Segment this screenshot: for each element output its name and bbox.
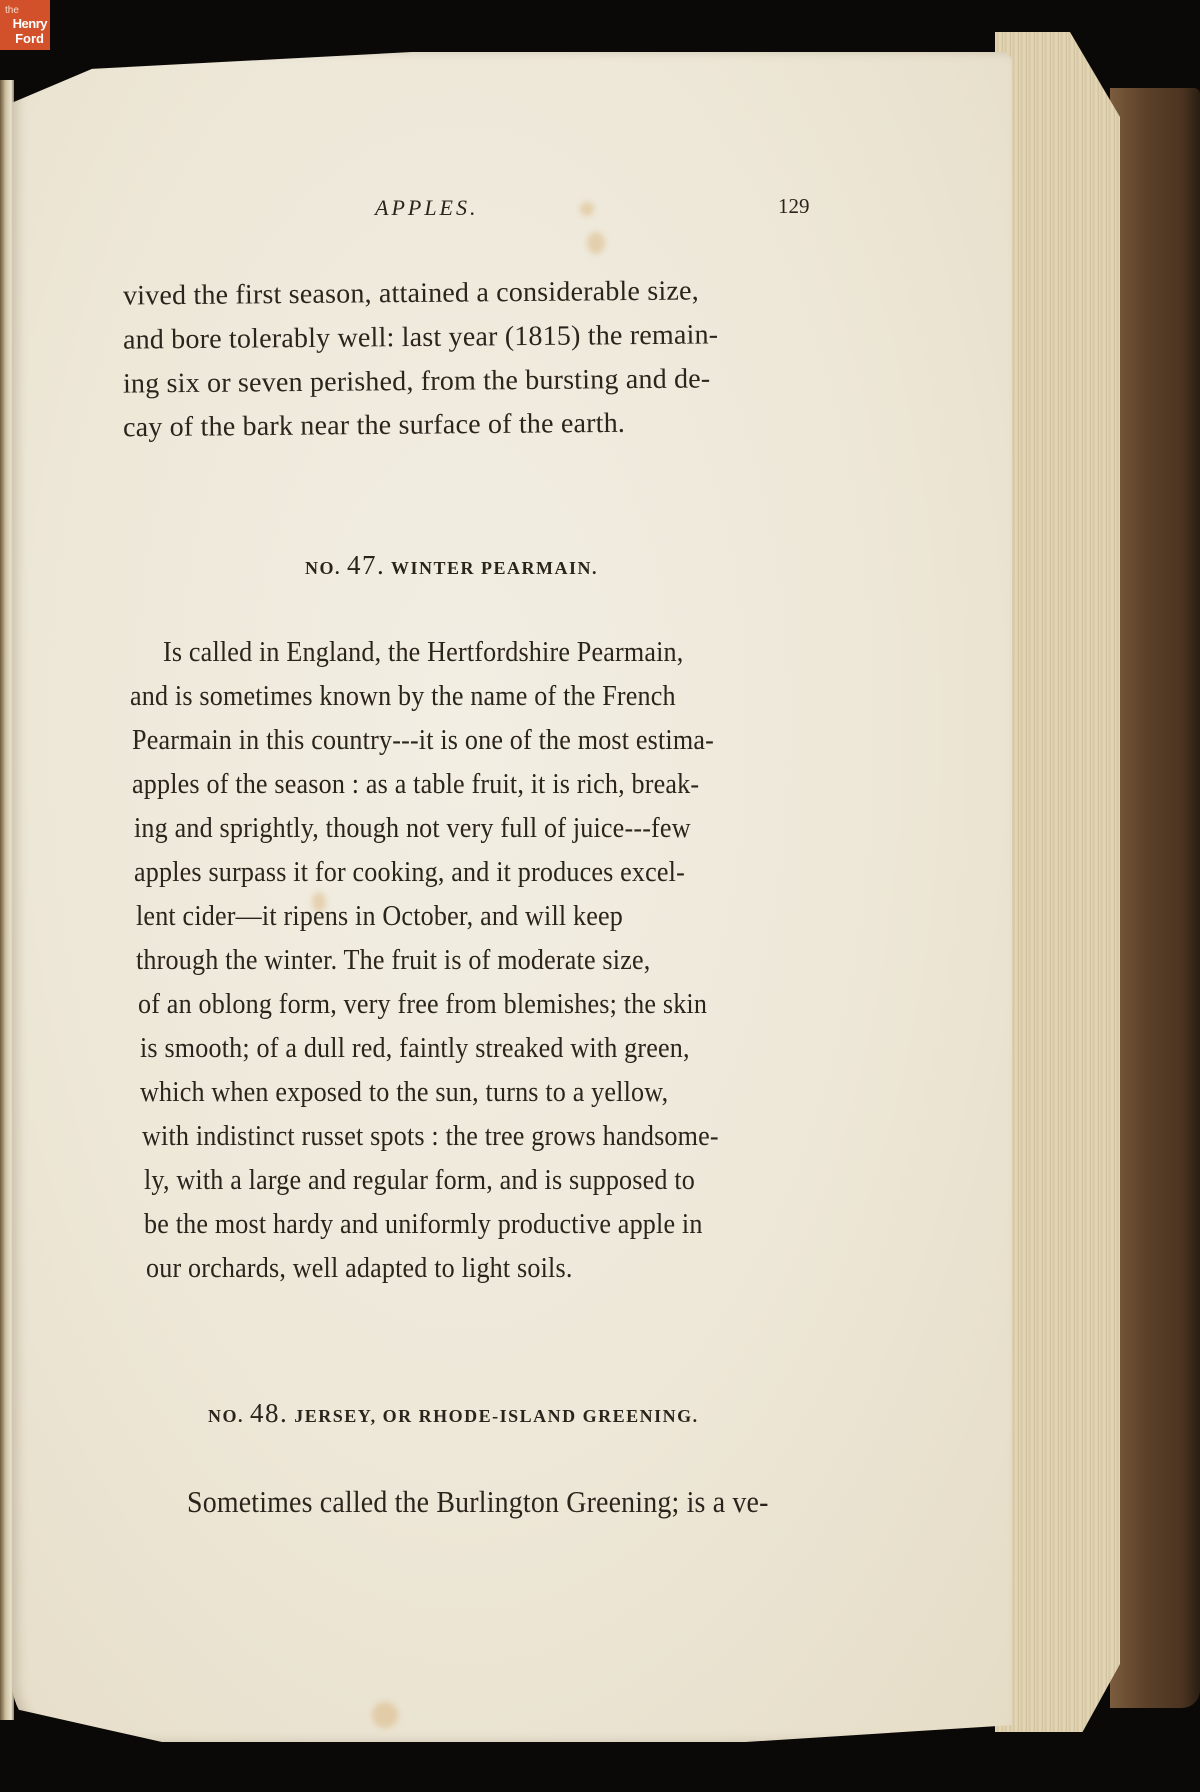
text-line: apples of the season : as a table fruit,… [132,768,699,801]
page-number: 129 [778,194,810,219]
heading-title: WINTER PEARMAIN. [391,558,598,578]
text-line: which when exposed to the sun, turns to … [140,1076,668,1109]
text-line: Is called in England, the Hertfordshire … [163,636,684,669]
page-text: APPLES. 129 vived the first season, atta… [0,0,1200,1792]
text-line: is smooth; of a dull red, faintly streak… [140,1032,690,1065]
text-line: cay of the bark near the surface of the … [123,408,625,444]
text-line: ly, with a large and regular form, and i… [144,1164,695,1197]
text-line: with indistinct russet spots : the tree … [142,1120,719,1153]
text-line: Sometimes called the Burlington Greening… [187,1484,769,1520]
text-line: our orchards, well adapted to light soil… [146,1252,573,1285]
heading-number: 48. [250,1398,288,1428]
logo-text-the: the [5,6,19,16]
text-line: through the winter. The fruit is of mode… [136,944,650,977]
logo-text-henry: Henry [13,17,47,30]
text-line: Pearmain in this country---it is one of … [132,724,714,757]
henry-ford-logo: the Henry Ford [0,0,50,50]
running-head: APPLES. [375,195,479,221]
text-line: and bore tolerably well: last year (1815… [123,319,719,356]
text-line: and is sometimes known by the name of th… [130,680,676,713]
text-line: vived the first season, attained a consi… [123,275,699,312]
text-line: lent cider—it ripens in October, and wil… [136,900,623,933]
text-line: ing and sprightly, though not very full … [134,812,691,845]
heading-prefix: NO. [305,558,341,578]
section-heading-47: NO. 47. WINTER PEARMAIN. [305,550,598,581]
text-line: be the most hardy and uniformly producti… [144,1208,703,1241]
heading-prefix: NO. [208,1406,244,1426]
logo-text-ford: Ford [15,32,44,45]
text-line: of an oblong form, very free from blemis… [138,988,707,1021]
section-heading-48: NO. 48. JERSEY, OR RHODE-ISLAND GREENING… [208,1398,699,1429]
text-line: ing six or seven perished, from the burs… [123,363,711,400]
heading-title: JERSEY, OR RHODE-ISLAND GREENING. [294,1406,698,1426]
text-line: apples surpass it for cooking, and it pr… [134,856,685,889]
heading-number: 47. [347,550,385,580]
